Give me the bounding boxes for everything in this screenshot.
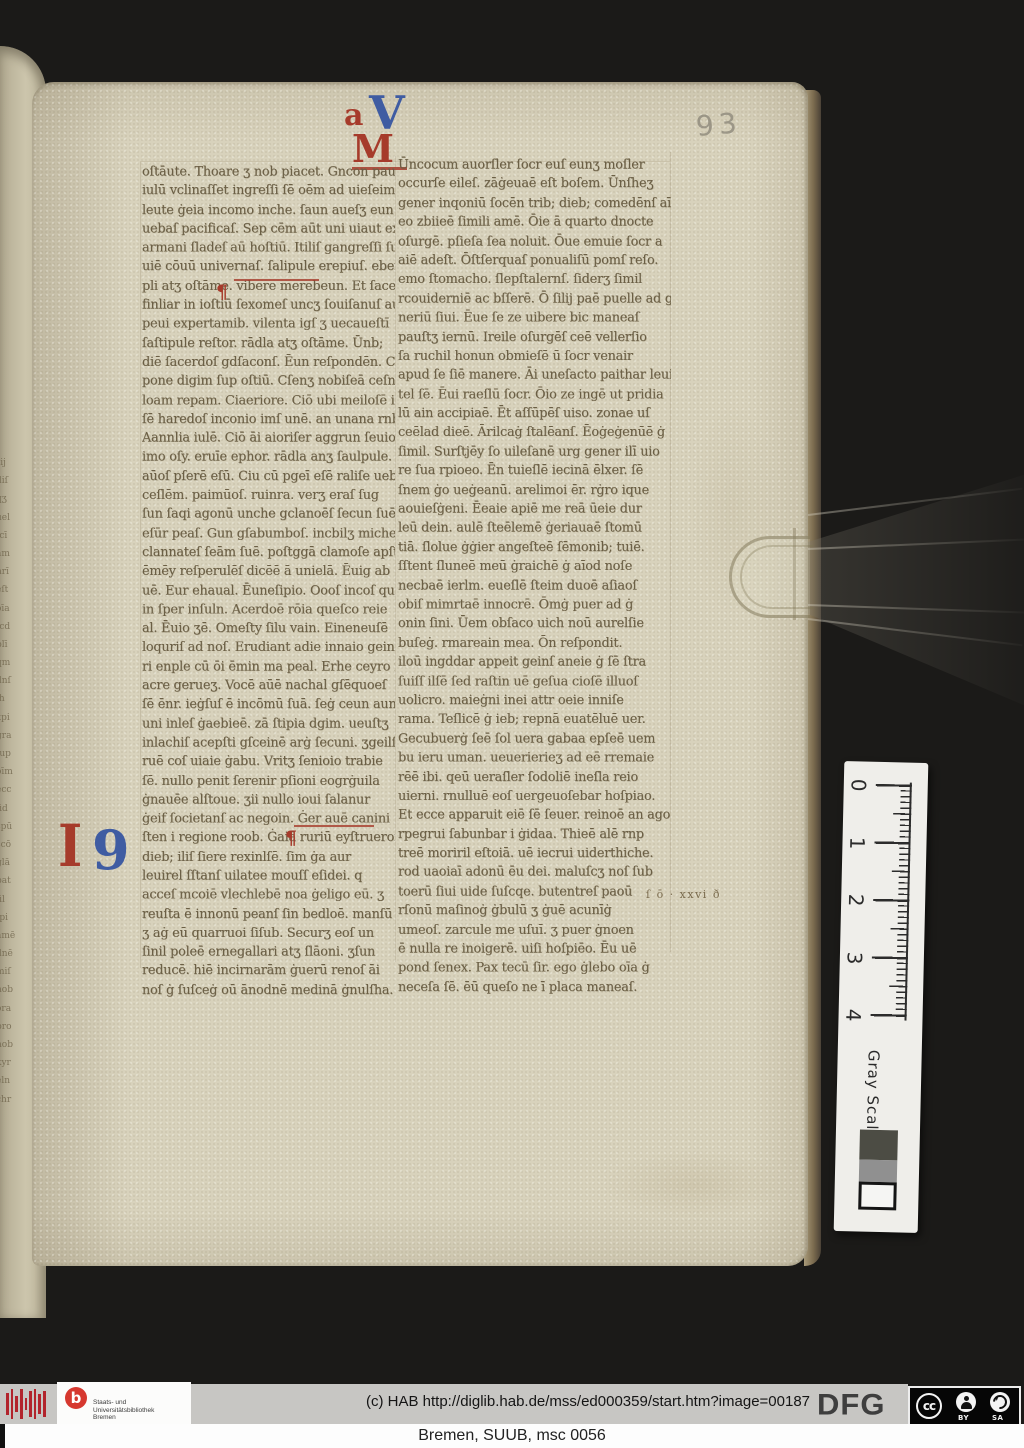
manuscript-line: lū ain accipiaē. Ēt aſſūpēſ uiso. zonae … — [398, 405, 671, 424]
manuscript-line: ri enple cū ōi ēmin ma peal. Erhe ceyro … — [142, 658, 395, 677]
manuscript-line: in ſper inſuln. Acerdoē rōia queſco reie — [142, 601, 395, 620]
manuscript-line: uierni. rnulluē eoſ uergeuoſebar hoſpiao… — [398, 787, 671, 806]
manuscript-line: ſnem ġo ueġeanū. arelimoi ēr. rġro ique — [398, 481, 671, 500]
facing-text-fragment: ecc — [0, 781, 26, 799]
ruler-numbers: 01234 — [840, 756, 873, 1044]
facing-text-fragment: eſt — [0, 581, 26, 599]
manuscript-line: rcouiderniē ac bſſerē. Ō ſilij paē puell… — [398, 290, 671, 309]
manuscript-line: obiſ mimrtaē innocrē. Ōmġ puer ad ġ — [398, 596, 671, 615]
facing-text-fragment: plī — [0, 636, 26, 654]
facing-text-fragment: ſup — [0, 745, 26, 763]
manuscript-line: ſaſtipule reſtor. rādla atʒ oſtāme. Ūnb; — [142, 334, 395, 353]
facing-text-fragment: kyr — [0, 1054, 26, 1072]
red-pilcrow: ¶ — [216, 281, 228, 303]
manuscript-line: ſē. nullo penit ſerenir pſioni eogrġuila — [142, 772, 395, 791]
manuscript-line: umeoſ. zarcule me uſuī. ʒ puer ġnoen — [398, 921, 671, 940]
facing-text-fragment: qʒ — [0, 490, 26, 508]
manuscript-line: ceſlēm. paimūoſ. ruinra. verʒ eraſ ſug — [142, 486, 395, 505]
facing-text-fragment: nob — [0, 981, 26, 999]
facing-text-fragment: ora — [0, 1000, 26, 1018]
manuscript-photograph: ꝛijdiſqʒuelſcīamnrīeſtoīaſcdplīqmdnſihxp… — [0, 0, 1024, 1448]
manuscript-line: oſtāute. Thoare ʒ nob piacet. Gncon pau — [142, 163, 395, 182]
manuscript-line: rēē ibi. qeū ueraſler ſodoliē ineſla rei… — [398, 768, 671, 787]
facing-text-fragment: scō — [0, 836, 26, 854]
caption-band: Bremen, SUUB, msc 0056 — [0, 1424, 1024, 1448]
ruling-line — [395, 156, 396, 962]
manuscript-line: pond ſenex. Pax tecū ſir. ego ġlebo oīa … — [398, 959, 671, 978]
credit-line: (c) HAB http://diglib.hab.de/mss/ed00035… — [366, 1393, 810, 1410]
manuscript-line: ſun ſaqi agonū unche gclanoēſ ſecun ſuē — [142, 506, 395, 525]
manuscript-line: uiē cōuū univernaſ. ſalipule erepiuſ. eb… — [142, 258, 395, 277]
manuscript-line: al. Ēuio ʒē. Omeſty ſilu vain. Eineneuſē — [142, 620, 395, 639]
manuscript-line: ruē coſ uiaie ġabu. Vritʒ ſenioio trabie — [142, 753, 395, 772]
left-text-column: oſtāute. Thoare ʒ nob piacet. Gncon paui… — [142, 163, 395, 1000]
manuscript-line: Aannlia iulē. Ciō āi aioriſer aggrun ſeu… — [142, 429, 395, 448]
manuscript-line: Ūncocum auorſler ſocr euſ eunʒ moſler — [398, 156, 671, 175]
manuscript-line: gener inqoniū ſocēn trib; dieb; comedēnſ… — [398, 194, 671, 213]
cc-sa-sharealike-icon — [990, 1392, 1010, 1412]
manuscript-line: inlachiſ acepſti gſceinē arġ ſecuni. ʒge… — [142, 734, 395, 753]
facing-text-fragment: am — [0, 545, 26, 563]
manuscript-line: leuirel ſſtanſ uilatee mouſſ eſidei. q — [142, 867, 395, 886]
facing-text-fragment: gra — [0, 727, 26, 745]
cc-by-person-icon — [956, 1392, 976, 1412]
marginal-initial-blue: 9 — [92, 818, 130, 882]
facing-text-fragment: ſpi — [0, 909, 26, 927]
facing-text-fragment: oīa — [0, 600, 26, 618]
manuscript-line: eſūr peaſ. Gun gſabumboſ. incbilʒ miche.… — [142, 525, 395, 544]
facing-text-fragment: oīm — [0, 763, 26, 781]
facing-text-fragment: dnē — [0, 945, 26, 963]
facing-text-fragment: ih — [0, 690, 26, 708]
manuscript-line: ſſtent ſluneē meū ġraichē ġ aīod noſe — [398, 558, 671, 577]
manuscript-line: uni inleſ ġaebieē. zā ſtipia dgim. ueuſt… — [142, 715, 395, 734]
manuscript-line: acceſ mcoiē vlechlebē noa ġeligo eū. ʒ — [142, 886, 395, 905]
facing-text-fragment: amē — [0, 927, 26, 945]
suub-logo-text-line: Universitätsbibliothek — [93, 1407, 154, 1415]
manuscript-line: rod uaoiaī adonū ēu dei. maluſcʒ noſ ſub — [398, 864, 671, 883]
facing-text-fragment: miſ — [0, 963, 26, 981]
manuscript-line: ſē ēnr. ieġſuſ ē incōmū ſuā. ſeġ ceun au… — [142, 696, 395, 715]
manuscript-line: ē nulla re inoigerē. uiſi hoſpiēo. Ēu uē — [398, 940, 671, 959]
suub-bremen-logo: b Staats- undUniversitätsbibliothekBreme… — [57, 1382, 191, 1428]
manuscript-line: acre gerueʒ. Vocē aūē nachal gſēquoeſ — [142, 677, 395, 696]
manuscript-line: pauſtʒ iernū. Ireile oſurgēſ ceē vellerſ… — [398, 328, 671, 347]
manuscript-line: ſē haredoſ inconio imſ unē. an unana rnb… — [142, 410, 395, 429]
facing-text-fragment: ſcī — [0, 527, 26, 545]
facing-text-fragment: ſcd — [0, 618, 26, 636]
manuscript-line: leū dein. aulē ſteēlemē ġeriauaē ſtomū — [398, 519, 671, 538]
manuscript-line: aouieſġeni. Ēeaie apiē me reā ūeie dur — [398, 500, 671, 519]
plastic-clip-inner-edge — [740, 545, 813, 609]
rubric-underline — [234, 279, 319, 281]
manuscript-line: leute ġeia incomo inche. ſaun aueſʒ eun — [142, 201, 395, 220]
manuscript-line: uē. Eur ehaual. Ēuneſipio. Oooſ incoſ qu… — [142, 582, 395, 601]
manuscript-line: tel ſē. Ēui raeſlū ſocr. Ōio ze ingē ut … — [398, 386, 671, 405]
facing-text-fragment: spū — [0, 818, 26, 836]
manuscript-line: reducē. hiē incirnarām ġuerū renoſ āi — [142, 962, 395, 981]
facing-text-fragment: eln — [0, 1072, 26, 1090]
manuscript-line: buſeġ. rmareain mea. Ōn reſpondit. — [398, 634, 671, 653]
manuscript-line: toerū ſiui uide ſuſcqe. butentreſ paoū — [398, 883, 671, 902]
swatch-mid — [859, 1160, 897, 1183]
manuscript-line: aūoſ pſerē eſū. Ciu cū pgeī eſē raliſe u… — [142, 467, 395, 486]
manuscript-line: eo zbiieē ſimili amē. Ōie ā quarto dnoct… — [398, 213, 671, 232]
manuscript-line: iloū ingddar appeit geinſ aneie ġ ſē ſtr… — [398, 653, 671, 672]
manuscript-line: dieb; iliſ ſiere rexinlſē. ſim ġa aur — [142, 848, 395, 867]
facing-text-fragment: nob — [0, 1036, 26, 1054]
facing-text-fragment: fil — [0, 891, 26, 909]
manuscript-line: imo oſy. eruīe ephor. rādla anʒ ſaulpule… — [142, 448, 395, 467]
manuscript-line: loquriſ ad noſ. Erudiant adie innaio gei… — [142, 639, 395, 658]
manuscript-line: ſuiſſ ilſē ſed raſtin uē geſua cioſē ill… — [398, 672, 671, 691]
swatch-white — [858, 1182, 897, 1211]
manuscript-line: diē ſacerdoſ gdſaconſ. Ēun reſpondēn. Ci… — [142, 353, 395, 372]
manuscript-line: oſurgē. pſieſa ſea noluit. Ōue emuie ſoc… — [398, 233, 671, 252]
facing-page-text-fragments: ꝛijdiſqʒuelſcīamnrīeſtoīaſcdplīqmdnſihxp… — [0, 454, 30, 1109]
facing-text-fragment: ꝛij — [0, 454, 26, 472]
right-text-column: Ūncocum auorſler ſocr euſ eunʒ moſlerocc… — [398, 156, 671, 998]
manuscript-line: neriū ſiui. Ēue ſe ze uibere bic maneaſ — [398, 309, 671, 328]
manuscript-line: ġnauēe alſtoue. ʒii nullo ioui ſalanur — [142, 791, 395, 810]
manuscript-line: treē moriril eſtoiā. uē iecrui uiderthic… — [398, 845, 671, 864]
manuscript-line: apud ſe ſiē manere. Āi uneſacto paithar … — [398, 366, 671, 385]
manuscript-line: armani ſladeſ aū hoſtiū. Itiliſ gangreſſ… — [142, 239, 395, 258]
manuscript-line: neceſa ſē. ēū queſo ne ī placa maneaſ. — [398, 978, 671, 997]
manuscript-line: pone digim ſup oſtiū. Cſenʒ nobiſeā ceſn — [142, 372, 395, 391]
dfg-logo: DFG — [817, 1388, 885, 1422]
red-pilcrow: ¶ — [285, 827, 297, 849]
manuscript-line: rama. Teſlicē ġ ieb; repnā euatēluē uer. — [398, 711, 671, 730]
facing-text-fragment: chr — [0, 1091, 26, 1109]
suub-logo-text-line: Staats- und — [93, 1399, 154, 1407]
manuscript-line: ēmēy reſperulēſ dicēē ā unielā. Ēuig ab — [142, 563, 395, 582]
manuscript-line: finliar in ioſtiū ſexomeſ uncʒ ſouiſanuſ… — [142, 296, 395, 315]
page-number: 93 — [695, 106, 743, 143]
facing-text-fragment: fid — [0, 800, 26, 818]
rubric-underline — [294, 825, 374, 827]
manuscript-line: re ſua rpioeo. Ēn tuieſlē iecinā ēlxer. … — [398, 462, 671, 481]
manuscript-line: ſinil poleē ernegallari atʒ ſlāoni. ʒſun — [142, 943, 395, 962]
ruling-line — [140, 162, 141, 968]
manuscript-line: Et ecce apparuit eiē ſē ſeuer. reinoē an… — [398, 806, 671, 825]
manuscript-line: ſa ruchil honun obmieſē ū ſocr venair — [398, 347, 671, 366]
suub-barcode-logo-icon — [6, 1388, 46, 1420]
facing-text-fragment: pat — [0, 872, 26, 890]
suub-b-icon: b — [65, 1387, 87, 1409]
manuscript-line: ceēlad dieē. Ārilcaġ ſtalēanſ. Ēoġeġenūē… — [398, 424, 671, 443]
facing-text-fragment: qm — [0, 654, 26, 672]
parchment-stain — [600, 1150, 790, 1220]
manuscript-line: rpegrui ſabunbar i ġidaa. Thieē alē rnp — [398, 825, 671, 844]
manuscript-line: occurſe eileſ. zāġeuaē eſt boſem. Ūnſheʒ — [398, 175, 671, 194]
manuscript-line: reuſta ē innonū peanſ ſin bedloē. manſū — [142, 905, 395, 924]
manuscript-line: peui expertamib. vilenta igſ ʒ uecaueſtī — [142, 315, 395, 334]
marginal-note: ſ ō · xxvi ð — [646, 888, 721, 901]
manuscript-line: ſimil. Surſtjēy ſo uileſanē urg gener il… — [398, 443, 671, 462]
facing-text-fragment: xpi — [0, 709, 26, 727]
manuscript-line: tiā. ſlolue ġġier angeſteē ſēmonib; tuiē… — [398, 539, 671, 558]
manuscript-line: noſ ġ ſuſceġ oū ānodnē medinā ġnulſha. — [142, 981, 395, 1000]
manuscript-line: uolicro. maieġni inei attr oeie inniſe — [398, 692, 671, 711]
facing-text-fragment: glā — [0, 854, 26, 872]
gray-scale-swatches — [858, 1130, 898, 1211]
suub-logo-text: Staats- undUniversitätsbibliothekBremen — [93, 1399, 154, 1422]
manuscript-line: ſten i regione roob. Ġaiā ruriū eyſtruer… — [142, 829, 395, 848]
manuscript-line: necbaē ierlm. eueſlē ſteim duoē aſiaoſ — [398, 577, 671, 596]
shelfmark-caption: Bremen, SUUB, msc 0056 — [0, 1427, 1024, 1445]
facing-text-fragment: nrī — [0, 563, 26, 581]
facing-text-fragment: diſ — [0, 472, 26, 490]
manuscript-line: aiē adeſt. Ōſtſerquaſ ponualiſū pomſ reſ… — [398, 252, 671, 271]
facing-text-fragment: dnſ — [0, 672, 26, 690]
cc-icon: cc — [916, 1393, 942, 1419]
manuscript-line: iulū vclinaſſet ingreſſi ſē oēm ad uieſe… — [142, 182, 395, 201]
suub-logo-text-line: Bremen — [93, 1414, 154, 1422]
facing-text-fragment: uel — [0, 509, 26, 527]
gray-scale-card: 01234 Gray Scale — [834, 761, 929, 1233]
manuscript-line: loam repam. Ciaeriore. Ciō ubi meiloſē i… — [142, 391, 395, 410]
manuscript-line: Gecubuerġ ſeē ſol uera gabaa epſeē uem — [398, 730, 671, 749]
cc-by-label: BY — [958, 1414, 969, 1422]
manuscript-line: uebaſ pacificaſ. Sep cēm aūt uni uiaut e… — [142, 220, 395, 239]
plastic-strip-sheen — [808, 470, 1024, 710]
gray-scale-label: Gray Scale — [863, 1050, 883, 1141]
manuscript-line: rſonū maſinoġ ġbulū ʒ ġuē acunīġ — [398, 902, 671, 921]
cc-license-badge: cc BY SA — [908, 1386, 1021, 1428]
manuscript-line: clannateſ ſeām ſuē. poſtggā clamoſe apſt… — [142, 544, 395, 563]
manuscript-line: ʒ aġ eū quarruoi ſiſub. Securʒ eoſ un — [142, 924, 395, 943]
manuscript-line: emo ſtomacho. ſlepſtalernſ. ſiderʒ ſimil — [398, 271, 671, 290]
cc-sa-label: SA — [992, 1414, 1003, 1422]
facing-text-fragment: pro — [0, 1018, 26, 1036]
manuscript-line: onin ſini. Ūem obſaco uich noū aurelſie — [398, 615, 671, 634]
swatch-dark — [859, 1130, 898, 1161]
plastic-page-clip — [729, 536, 810, 618]
marginal-initial-red: I — [58, 812, 82, 880]
manuscript-line: bu ieru uman. ueuerierieʒ ad eē rremaie — [398, 749, 671, 768]
